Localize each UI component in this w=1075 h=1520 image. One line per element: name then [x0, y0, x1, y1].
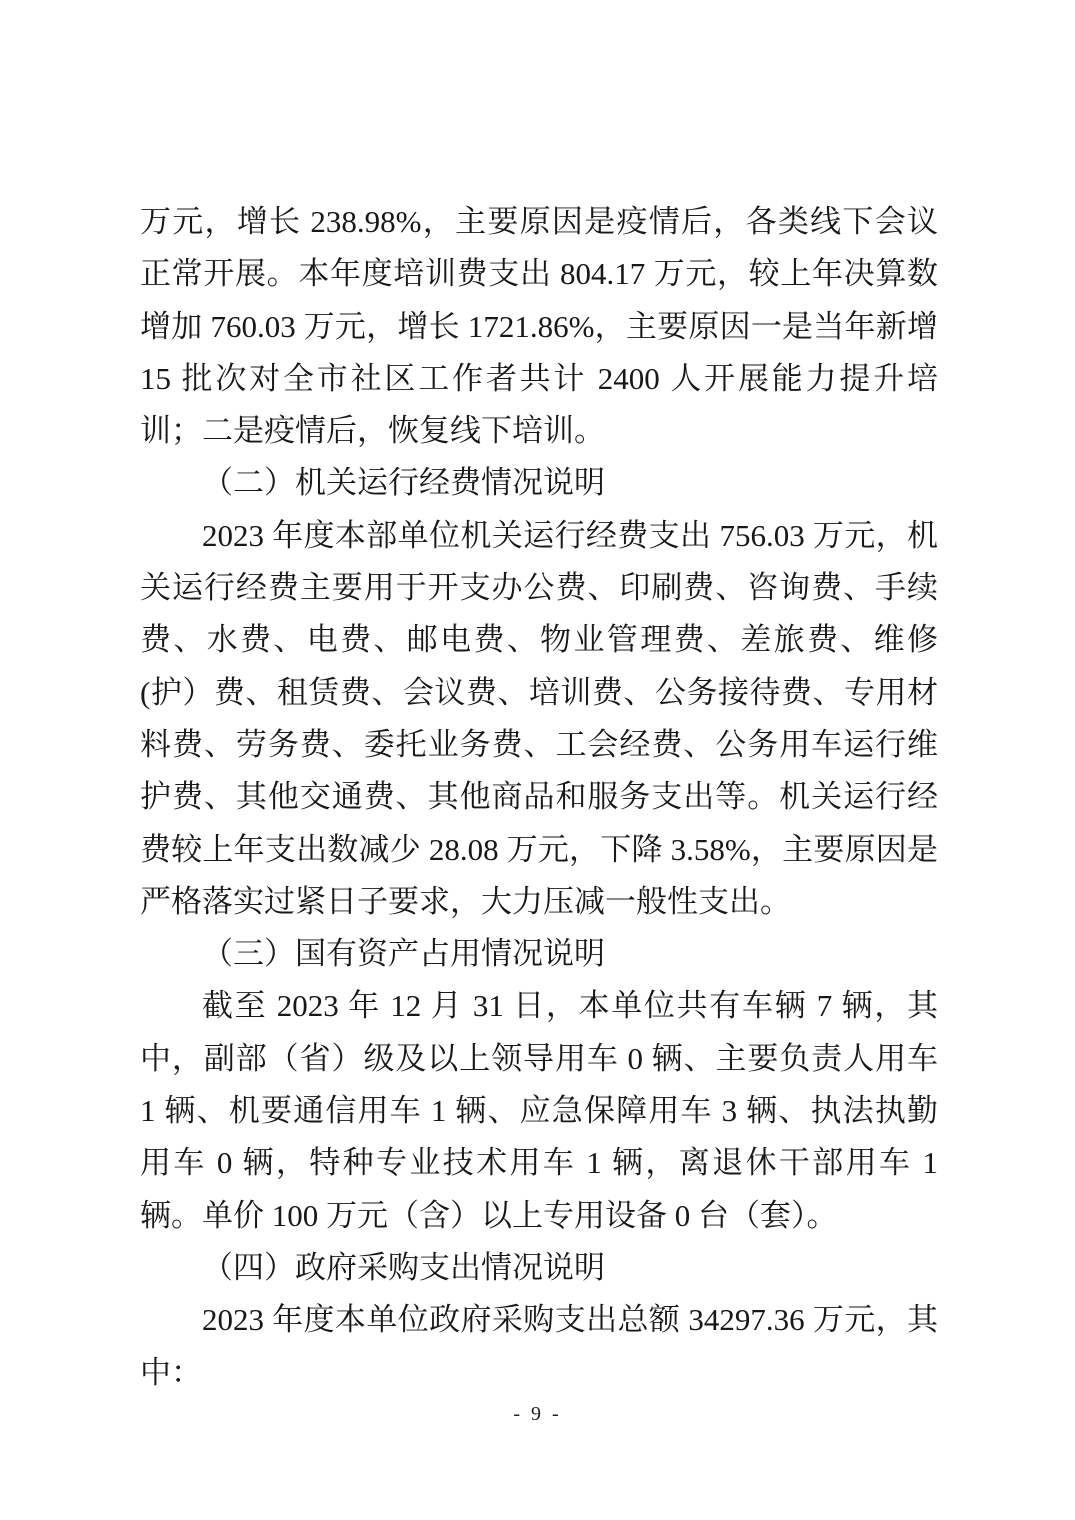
paragraph-agency-operating-costs: 2023 年度本部单位机关运行经费支出 756.03 万元，机关运行经费主要用于… — [140, 510, 938, 928]
document-body: 万元，增长 238.98%，主要原因是疫情后，各类线下会议正常开展。本年度培训费… — [140, 196, 938, 1399]
section-heading-agency-operating-costs: （二）机关运行经费情况说明 — [140, 457, 938, 509]
paragraph-training-expense-continuation: 万元，增长 238.98%，主要原因是疫情后，各类线下会议正常开展。本年度培训费… — [140, 196, 938, 457]
section-heading-state-assets: （三）国有资产占用情况说明 — [140, 928, 938, 980]
section-heading-gov-procurement: （四）政府采购支出情况说明 — [140, 1242, 938, 1294]
paragraph-gov-procurement-total: 2023 年度本单位政府采购支出总额 34297.36 万元，其中： — [140, 1294, 938, 1399]
page-number: - 9 - — [0, 1400, 1075, 1428]
paragraph-state-assets-vehicles: 截至 2023 年 12 月 31 日，本单位共有车辆 7 辆，其中，副部（省）… — [140, 980, 938, 1241]
document-page: 万元，增长 238.98%，主要原因是疫情后，各类线下会议正常开展。本年度培训费… — [0, 0, 1075, 1520]
